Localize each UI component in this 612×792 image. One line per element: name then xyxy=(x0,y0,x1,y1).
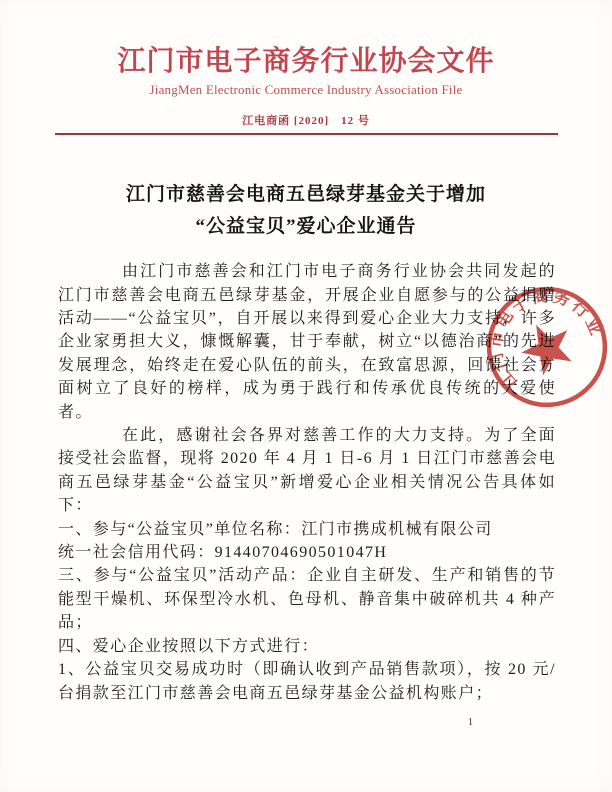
document-page: 江门市电子商务行业协会文件 JiangMen Electronic Commer… xyxy=(0,0,612,792)
notice-title-line1: 江门市慈善会电商五邑绿芽基金关于增加 xyxy=(126,184,486,205)
letterhead-divider xyxy=(55,133,558,135)
body-paragraph: 1、公益宝贝交易成功时（即确认收到产品销售款项），按 20 元/台捐款至江门市慈… xyxy=(58,658,556,705)
body-paragraph: 一、参与“公益宝贝”单位名称：江门市携成机械有限公司 xyxy=(58,518,556,541)
letterhead: 江门市电子商务行业协会文件 JiangMen Electronic Commer… xyxy=(0,0,612,135)
doc-number: 江电商函 [2020] 12 号 xyxy=(0,112,612,128)
body-paragraph: 由江门市慈善会和江门市电子商务行业协会共同发起的江门市慈善会电商五邑绿芽基金，开… xyxy=(58,260,556,424)
notice-title-line2: “公益宝贝”爱心企业通告 xyxy=(195,216,416,237)
body-paragraph: 三、参与“公益宝贝”活动产品：企业自主研发、生产和销售的节能型干燥机、环保型冷水… xyxy=(58,564,556,634)
body-paragraph: 在此，感谢社会各界对慈善工作的大力支持。为了全面接受社会监督，现将 2020 年… xyxy=(58,424,556,518)
association-title-en: JiangMen Electronic Commerce Industry As… xyxy=(0,82,612,98)
body-paragraph: 四、爱心企业按照以下方式进行： xyxy=(58,635,556,658)
page-number: 1 xyxy=(468,717,473,728)
notice-body: 由江门市慈善会和江门市电子商务行业协会共同发起的江门市慈善会电商五邑绿芽基金，开… xyxy=(58,260,556,705)
scanned-document: { "header": { "title_cn": "江门市电子商务行业协会文件… xyxy=(0,0,612,792)
notice-title: 江门市慈善会电商五邑绿芽基金关于增加 “公益宝贝”爱心企业通告 xyxy=(0,179,612,243)
association-title-cn: 江门市电子商务行业协会文件 xyxy=(0,46,612,78)
body-paragraph: 统一社会信用代码：91440704690501047H xyxy=(58,541,556,564)
